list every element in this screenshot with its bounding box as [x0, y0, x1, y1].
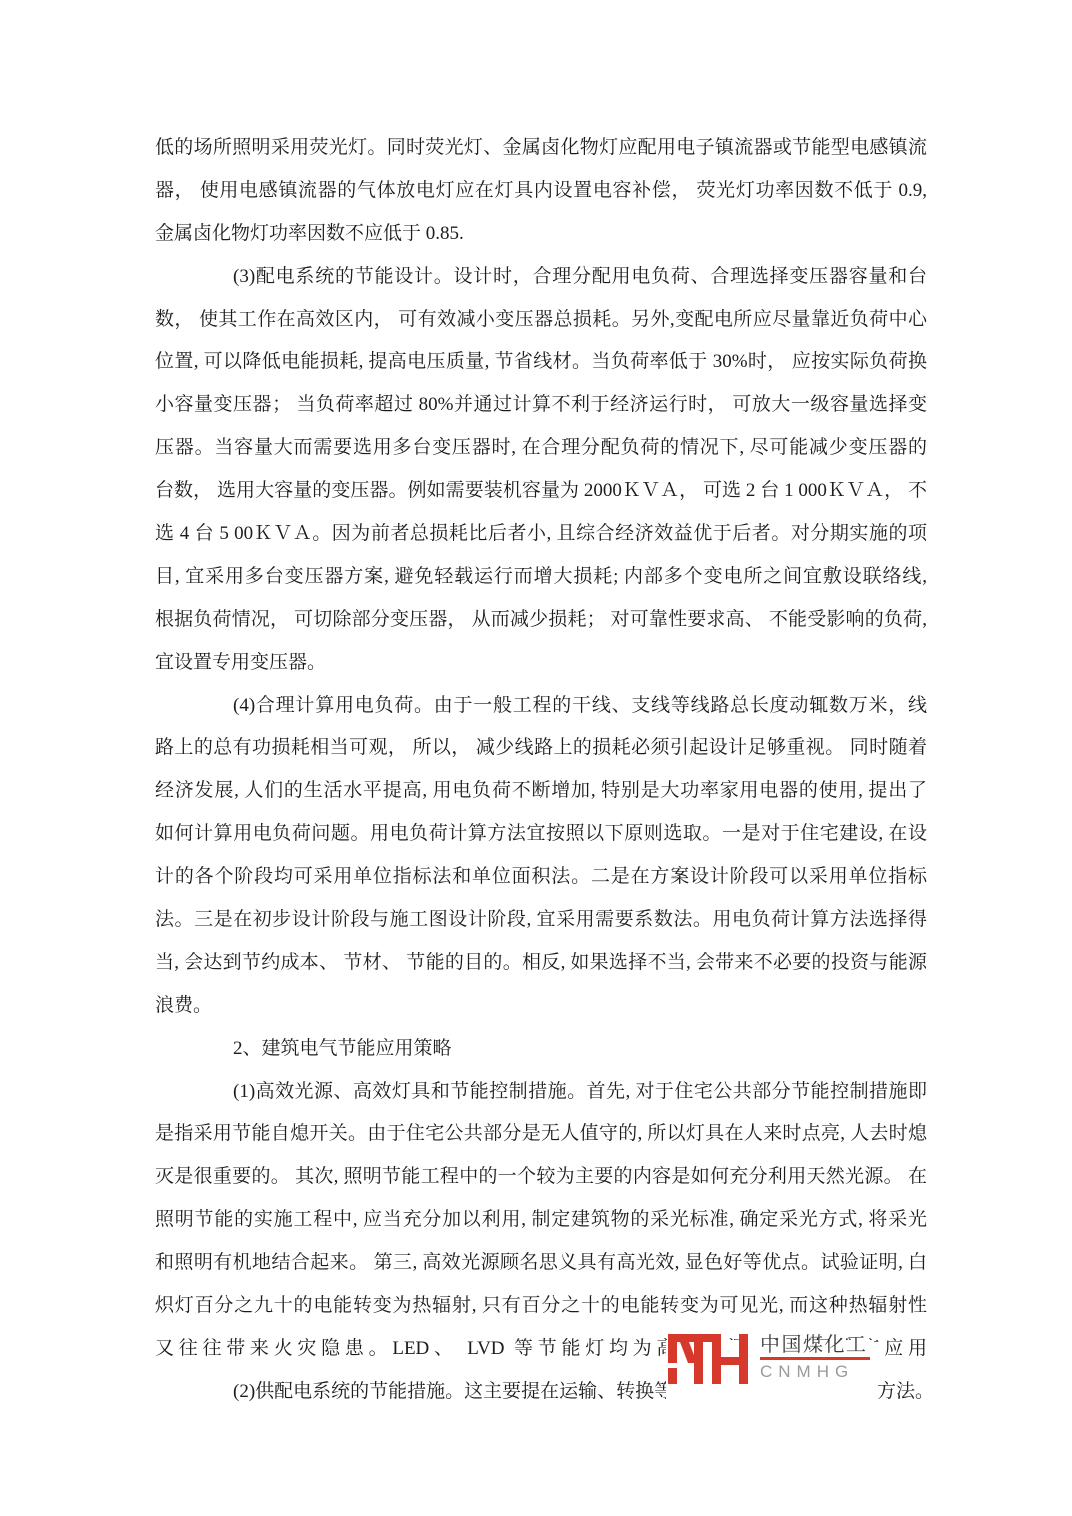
text-line: 是指采用节能自熄开关。由于住宅公共部分是无人值守的, 所以灯具在人来时点亮, 人… — [155, 1113, 927, 1156]
text-line: 器， 使用电感镇流器的气体放电灯应在灯具内设置电容补偿， 荧光灯功率因数不低于 … — [155, 170, 927, 213]
text-line: 台数， 选用大容量的变压器。例如需要装机容量为 2000ＫＶＡ， 可选 2 台 … — [155, 470, 927, 513]
text-line: 浪费。 — [155, 985, 927, 1028]
document-page: 低的场所照明采用荧光灯。同时荧光灯、金属卤化物灯应配用电子镇流器或节能型电感镇流… — [0, 0, 1072, 1516]
cnmhg-logo-icon — [666, 1332, 752, 1388]
text-line: (4)合理计算用电负荷。由于一般工程的干线、支线等线路总长度动辄数万米，线 — [155, 685, 927, 728]
watermark-underline — [760, 1357, 870, 1360]
watermark: 中国煤化工 CNMHG — [666, 1340, 874, 1404]
text-line: 灭是很重要的。 其次, 照明节能工程中的一个较为主要的内容是如何充分利用天然光源… — [155, 1156, 927, 1199]
text-line: 小容量变压器； 当负荷率超过 80%并通过计算不利于经济运行时， 可放大一级容量… — [155, 384, 927, 427]
text-line: 目, 宜采用多台变压器方案, 避免轻载运行而增大损耗; 内部多个变电所之间宜敷设… — [155, 556, 927, 599]
text-line: 路上的总有功损耗相当可观， 所以， 减少线路上的损耗必须引起设计足够重视。 同时… — [155, 727, 927, 770]
text-line: 经济发展, 人们的生活水平提高, 用电负荷不断增加, 特别是大功率家用电器的使用… — [155, 770, 927, 813]
text-line: 2、建筑电气节能应用策略 — [155, 1028, 927, 1071]
watermark-subtitle: CNMHG — [760, 1362, 870, 1382]
text-line: 低的场所照明采用荧光灯。同时荧光灯、金属卤化物灯应配用电子镇流器或节能型电感镇流 — [155, 127, 927, 170]
text-line: 当, 会达到节约成本、 节材、 节能的目的。相反, 如果选择不当, 会带来不必要… — [155, 942, 927, 985]
text-line: 压器。当容量大而需要选用多台变压器时, 在合理分配负荷的情况下, 尽可能减少变压… — [155, 427, 927, 470]
text-line: 照明节能的实施工程中, 应当充分加以利用, 制定建筑物的采光标准, 确定采光方式… — [155, 1199, 927, 1242]
text-line: 宜设置专用变压器。 — [155, 642, 927, 685]
text-line: 和照明有机地结合起来。 第三, 高效光源顾名思义具有高光效, 显色好等优点。试验… — [155, 1242, 927, 1285]
text-line: 根据负荷情况， 可切除部分变压器， 从而减少损耗； 对可靠性要求高、 不能受影响… — [155, 599, 927, 642]
watermark-text: 中国煤化工 CNMHG — [760, 1340, 870, 1382]
text-line: (3)配电系统的节能设计。设计时，合理分配用电负荷、合理选择变压器容量和台 — [155, 256, 927, 299]
text-line: 炽灯百分之九十的电能转变为热辐射, 只有百分之十的电能转变为可见光, 而这种热辐… — [155, 1285, 927, 1328]
text-line: 计的各个阶段均可采用单位指标法和单位面积法。二是在方案设计阶段可以采用单位指标 — [155, 856, 927, 899]
body-text: 低的场所照明采用荧光灯。同时荧光灯、金属卤化物灯应配用电子镇流器或节能型电感镇流… — [155, 127, 927, 1414]
text-line: 数， 使其工作在高效区内， 可有效减小变压器总损耗。另外,变配电所应尽量靠近负荷… — [155, 299, 927, 342]
text-line: 如何计算用电负荷问题。用电负荷计算方法宜按照以下原则选取。一是对于住宅建设, 在… — [155, 813, 927, 856]
text-line-tail: 方法。 — [877, 1371, 934, 1414]
watermark-title: 中国煤化工 — [760, 1334, 870, 1356]
text-line: 位置, 可以降低电能损耗, 提高电压质量, 节省线材。当负荷率低于 30%时， … — [155, 341, 927, 384]
text-line: 选 4 台 5 00ＫＶＡ。因为前者总损耗比后者小, 且综合经济效益优于后者。对… — [155, 513, 927, 556]
text-line: 法。三是在初步设计阶段与施工图设计阶段, 宜采用需要系数法。用电负荷计算方法选择… — [155, 899, 927, 942]
text-line: 金属卤化物灯功率因数不应低于 0.85. — [155, 213, 927, 256]
text-line: (1)高效光源、高效灯具和节能控制措施。首先, 对于住宅公共部分节能控制措施即 — [155, 1071, 927, 1114]
